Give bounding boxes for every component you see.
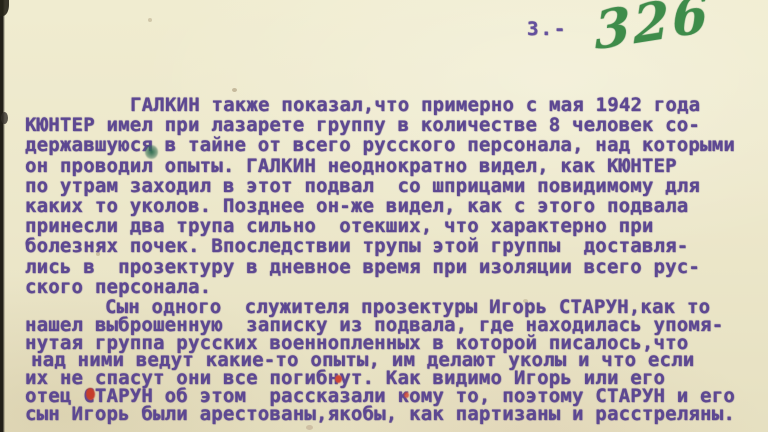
text-line: Сын одного служителя прозектуры Игорь СТ… (25, 296, 735, 314)
text-line: болезнях почек. Впоследствии трупы этой … (25, 235, 735, 255)
scan-edge-speck (1, 112, 8, 124)
text-line: сын Игорь были арестованы,якобы, как пар… (25, 403, 735, 421)
text-line: нутая группа русских военнопленных в кот… (25, 332, 735, 350)
text-line: над ними ведут какие-то опыты, им делают… (31, 349, 735, 367)
text-line: отец СТАРУН об этом рассказали кому то, … (25, 385, 735, 403)
paper-speck (148, 18, 152, 22)
paper-speck (232, 88, 237, 92)
text-line: лись в прозектуру в дневное время при из… (25, 256, 735, 276)
text-line: он проводил опыты. ГАЛКИН неоднократно в… (25, 155, 735, 175)
paragraph-galkin-testimony: ГАЛКИН также показал,что примерно с мая … (25, 94, 735, 296)
text-line: ского персонала. (25, 276, 735, 296)
handwritten-folio-number: 326 (594, 0, 712, 62)
red-ink-mark (404, 392, 409, 398)
red-ink-mark (86, 388, 95, 400)
text-line: каких то уколов. Позднее он-же видел, ка… (25, 195, 735, 215)
text-line: принесли два трупа сильно отекших, что х… (25, 215, 735, 235)
scan-corner-mark (0, 0, 9, 16)
scan-edge-left (0, 0, 5, 432)
red-ink-mark (335, 375, 342, 383)
text-line: нашел выброшенную записку из подвала, гд… (25, 314, 735, 332)
document-scan: 3.- 326 ГАЛКИН также показал,что примерн… (0, 0, 768, 432)
typed-page-number: 3.- (527, 18, 567, 40)
paragraph-starun-note: Сын одного служителя прозектуры Игорь СТ… (25, 296, 735, 421)
text-line: КЮНТЕР имел при лазарете группу в количе… (25, 114, 735, 134)
text-line: ГАЛКИН также показал,что примерно с мая … (25, 94, 735, 114)
green-ink-blot (145, 145, 158, 159)
text-line: державшуюся в тайне от всего русского пе… (25, 134, 735, 154)
text-line: их не спасут они все погибнут. Как видим… (25, 367, 735, 385)
text-line: по утрам заходил в этот подвал со шприца… (25, 175, 735, 195)
paper-speck (306, 425, 313, 430)
